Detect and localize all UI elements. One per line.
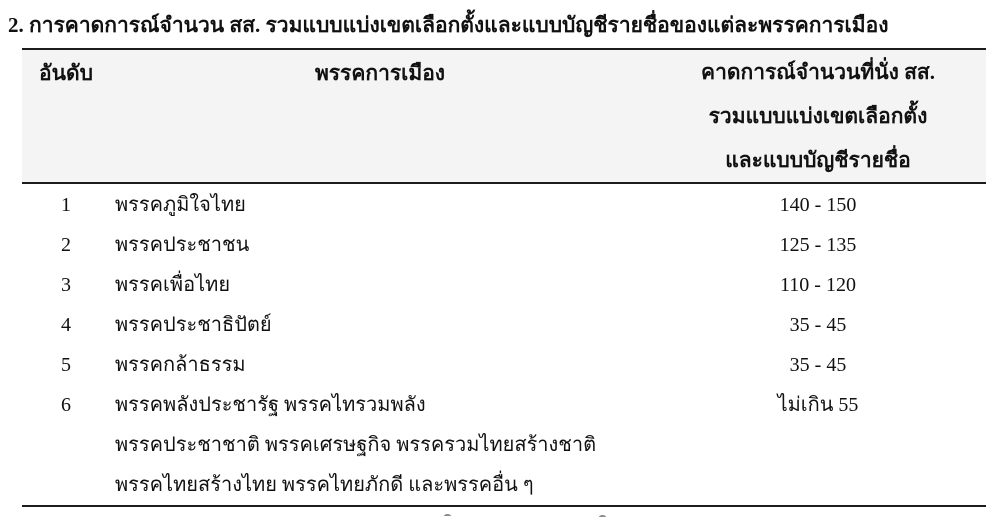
seats-cell: 35 - 45 <box>650 345 986 385</box>
table-row: 3 พรรคเพื่อไทย 110 - 120 <box>22 265 986 305</box>
party-cell: พรรคพลังประชารัฐ พรรคไทรวมพลัง พรรคประชา… <box>110 385 650 505</box>
rank-cell: 5 <box>22 345 110 385</box>
seats-cell: 35 - 45 <box>650 305 986 345</box>
seats-cell: 125 - 135 <box>650 225 986 265</box>
table-row: 6 พรรคพลังประชารัฐ พรรคไทรวมพลัง พรรคประ… <box>22 385 986 505</box>
rank-cell: 3 <box>22 265 110 305</box>
header-seats-line-2: รวมแบบแบ่งเขตเลือกตั้ง <box>650 94 986 138</box>
table-bottom-rule <box>22 505 986 507</box>
party-name: พรรคไทยสร้างไทย พรรคไทยภักดี และพรรคอื่น… <box>115 465 650 505</box>
party-name: พรรคเพื่อไทย <box>115 265 650 305</box>
header-seats-line-1: คาดการณ์จำนวนที่นั่ง สส. <box>650 50 986 94</box>
party-cell: พรรคภูมิใจไทย <box>110 185 650 225</box>
party-name: พรรคประชาธิปัตย์ <box>115 305 650 345</box>
rank-cell: 4 <box>22 305 110 345</box>
rank-cell: 6 <box>22 385 110 425</box>
party-cell: พรรคประชาธิปัตย์ <box>110 305 650 345</box>
seats-cell: 140 - 150 <box>650 185 986 225</box>
party-name: พรรคประชาชาติ พรรคเศรษฐกิจ พรรครวมไทยสร้… <box>115 425 650 465</box>
seat-projection-table: อันดับ พรรคการเมือง คาดการณ์จำนวนที่นั่ง… <box>22 48 986 507</box>
seats-cell: ไม่เกิน 55 <box>650 385 986 425</box>
table-row: 2 พรรคประชาชน 125 - 135 <box>22 225 986 265</box>
party-name: พรรคพลังประชารัฐ พรรคไทรวมพลัง <box>115 385 650 425</box>
party-name: พรรคภูมิใจไทย <box>115 185 650 225</box>
clipped-diacritic-mark <box>599 515 606 519</box>
seats-cell: 110 - 120 <box>650 265 986 305</box>
party-cell: พรรคเพื่อไทย <box>110 265 650 305</box>
rank-cell: 2 <box>22 225 110 265</box>
table-row: 5 พรรคกล้าธรรม 35 - 45 <box>22 345 986 385</box>
table-row: 1 พรรคภูมิใจไทย 140 - 150 <box>22 185 986 225</box>
party-cell: พรรคประชาชน <box>110 225 650 265</box>
table-header-row: อันดับ พรรคการเมือง คาดการณ์จำนวนที่นั่ง… <box>22 50 986 182</box>
header-seats: คาดการณ์จำนวนที่นั่ง สส. รวมแบบแบ่งเขตเล… <box>650 50 986 182</box>
party-name: พรรคประชาชน <box>115 225 650 265</box>
table-row: 4 พรรคประชาธิปัตย์ 35 - 45 <box>22 305 986 345</box>
party-name: พรรคกล้าธรรม <box>115 345 650 385</box>
page-title: 2. การคาดการณ์จำนวน สส. รวมแบบแบ่งเขตเลื… <box>8 9 888 42</box>
header-rank: อันดับ <box>22 50 110 182</box>
header-party: พรรคการเมือง <box>110 50 650 182</box>
clipped-diacritic-mark <box>444 514 451 518</box>
document-page: 2. การคาดการณ์จำนวน สส. รวมแบบแบ่งเขตเลื… <box>0 0 994 520</box>
party-cell: พรรคกล้าธรรม <box>110 345 650 385</box>
rank-cell: 1 <box>22 185 110 225</box>
table-body: 1 พรรคภูมิใจไทย 140 - 150 2 พรรคประชาชน … <box>22 184 986 505</box>
header-seats-line-3: และแบบบัญชีรายชื่อ <box>650 138 986 182</box>
